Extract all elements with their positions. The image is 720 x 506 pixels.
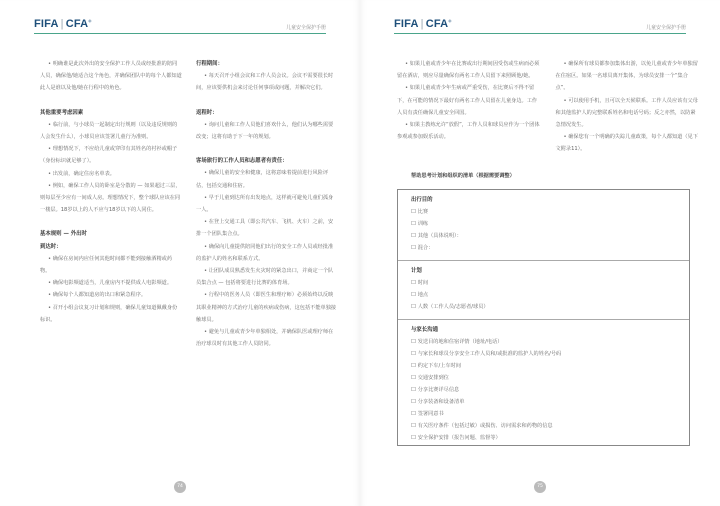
bullet: • 每天召开小组会议和工作人员会议。会议不需要很长时间，应该要供机会来讨论任何事…	[196, 70, 338, 94]
checkbox-item[interactable]: 地点	[411, 289, 675, 301]
section-heading: 基本规则 — 外出时	[40, 228, 182, 240]
bullet: • 早于儿童到达所有出发地点，这样就可避免儿童们孤身一人。	[196, 192, 338, 216]
bullet: • 召开小组会议复习计划和规则，确保儿童知道佩戴身份标识。	[40, 302, 182, 326]
bullet: • 临行前，与小球员一起制定出行规则（以及违反规则的人会发生什么），小球员应该签…	[40, 119, 182, 143]
checkbox-item[interactable]: 与家长和球员分享安全工作人员和/或批准的监护人的姓名/号码	[411, 348, 675, 360]
bullet: • 确保所有球员都参加集体出游，以免儿童或青少年单独留在住宿区。如果一名球员离开…	[556, 58, 701, 95]
sub-heading: 到达时：	[40, 241, 182, 253]
bullet: • 在登上交通工具（即公共汽车、飞机、火车）之前，安排一个团队集合点。	[196, 216, 338, 240]
right-col-1: • 如果儿童或青少年在比赛或出行期间因受伤或生病而必须留在酒店，则应尽量确保有两…	[397, 58, 542, 156]
section-heading: 客场旅行的工作人员和志愿者有责任：	[196, 155, 338, 167]
section-title: 计划	[411, 265, 675, 277]
bullet: • 询问儿童和工作人员他们喜欢什么，他们认为哪些需要改变；这将有助于下一年的规划…	[196, 119, 338, 143]
page-number: 74	[174, 481, 186, 493]
bullet: • 避免与儿童或青少年单独相处，并确保队医或理疗师在治疗球员时有其他工作人员陪同…	[196, 326, 338, 350]
header-doc-title: 儿童安全保护手册	[646, 24, 686, 31]
page-header: FIFA|CFA® 儿童安全保护手册	[34, 18, 326, 34]
left-columns: • 明确谁是此次外出的安全保护工作人员或经批准的陪同人员，确保他/她适合这个角色…	[40, 58, 338, 350]
checklist-section-parents: 与家长沟通 发送目的地和住宿详情（地址/电话） 与家长和球员分享安全工作人员和/…	[398, 320, 689, 450]
checklist-section-plan: 计划 时间 地点 人数（工作人员/志愿者/球员）	[398, 261, 689, 320]
right-col-2: • 确保所有球员都参加集体出游，以免儿童或青少年单独留在住宿区。如果一名球员离开…	[556, 58, 701, 156]
checkbox-item[interactable]: 分享装备和设备清单	[411, 396, 675, 408]
page-header: FIFA|CFA® 儿童安全保护手册	[394, 18, 686, 34]
checkbox-item[interactable]: 约定下车/上车时间	[411, 360, 675, 372]
bullet: • 例如，确保工作人员的卧室是分散的 — 如果超过三层，则每层至少应有一间成人房…	[40, 180, 182, 217]
checkbox-item[interactable]: 混合：	[411, 242, 675, 254]
right-columns: • 如果儿童或青少年在比赛或出行期间因受伤或生病而必须留在酒店，则应尽量确保有两…	[397, 58, 700, 156]
page-number: 75	[534, 481, 546, 493]
fifa-cfa-logo: FIFA|CFA®	[394, 18, 451, 30]
bullet: • 行程中的医务人员（即医生和理疗师）必须始终以反映其职业精神的方式治疗儿童的疾…	[196, 289, 338, 326]
bullet: • 如果主教练允许“放假”，工作人员和球员应作为一个团体参观或参加娱乐活动。	[397, 119, 542, 143]
checklist-section-purpose: 出行目的 比赛 训练 其他（具体说明）： 混合：	[398, 190, 689, 261]
bullet: • 确保每个人都知道房的出口和紧急程序。	[40, 289, 182, 301]
section-heading: 行程期间：	[196, 58, 338, 70]
header-doc-title: 儿童安全保护手册	[286, 24, 326, 31]
intro-bullet: • 明确谁是此次外出的安全保护工作人员或经批准的陪同人员，确保他/她适合这个角色…	[40, 58, 182, 95]
section-title: 出行目的	[411, 194, 675, 206]
bullet: • 如果儿童或青少年生病或严重受伤，在比赛后不得不留下，在可能的情况下最好有两名…	[397, 82, 542, 119]
bullet: • 确保电影频道适当，儿童房内不提供成人电影频道。	[40, 277, 182, 289]
bullet: • 确保儿童的安全和健康，这将意味着提前进行风险评估，包括交通和住宿。	[196, 167, 338, 191]
checkbox-item[interactable]: 发送目的地和住宿详情（地址/电话）	[411, 336, 675, 348]
bullet: • 确保向儿童提供陪同他们出行的安全工作人员或经批准的监护人的姓名和联系方式。	[196, 241, 338, 265]
header-divider	[394, 33, 686, 34]
bullet: • 理想情况下，不应给儿童或穿印有其姓名的衬衫或帽子（身份标识就足够了）。	[40, 143, 182, 167]
left-col-2: 行程期间： • 每天召开小组会议和工作人员会议。会议不需要很长时间，应该要供机会…	[196, 58, 338, 350]
checkbox-item[interactable]: 有关医疗条件（包括过敏）或损伤、访问需求和药物的信息	[411, 420, 675, 432]
checkbox-item[interactable]: 分享比赛详尽信息	[411, 384, 675, 396]
left-col-1: • 明确谁是此次外出的安全保护工作人员或经批准的陪同人员，确保他/她适合这个角色…	[40, 58, 182, 350]
section-title: 与家长沟通	[411, 324, 675, 336]
bullet: • 出发前，确定住房名单表。	[40, 168, 182, 180]
fifa-cfa-logo: FIFA|CFA®	[34, 18, 91, 30]
checklist-title: 帮助思考计划和组织的清单（根据需要调整）	[411, 172, 515, 179]
section-heading: 其他重要考虑因素	[40, 107, 182, 119]
checkbox-item[interactable]: 其他（具体说明）：	[411, 230, 675, 242]
bullet: • 可以使用手机，且可以全天候联系。工作人员应该有父母和其他监护人的完整联系姓名…	[556, 95, 701, 132]
header-divider	[34, 33, 326, 34]
checkbox-item[interactable]: 时间	[411, 277, 675, 289]
left-page: FIFA|CFA® 儿童安全保护手册 • 明确谁是此次外出的安全保护工作人员或经…	[0, 0, 360, 506]
checkbox-item[interactable]: 安全保护安排（报告问题、监督等）	[411, 432, 675, 444]
checklist-box: 出行目的 比赛 训练 其他（具体说明）： 混合： 计划 时间 地点 人数（工作人…	[397, 189, 690, 446]
section-heading: 返程时：	[196, 107, 338, 119]
bullet: • 让团队成员熟悉发生火灾时的紧急出口，并商定一个队员集合点 — 包括将要进行比…	[196, 265, 338, 289]
checkbox-item[interactable]: 人数（工作人员/志愿者/球员）	[411, 301, 675, 313]
bullet: • 确保您有一个明确的失踪儿童政策，每个人都知道（见下文附录11）。	[556, 131, 701, 155]
bullet: • 如果儿童或青少年在比赛或出行期间因受伤或生病而必须留在酒店，则应尽量确保有两…	[397, 58, 542, 82]
checkbox-item[interactable]: 签署同意书	[411, 408, 675, 420]
checkbox-item[interactable]: 交通安排到位	[411, 372, 675, 384]
checkbox-item[interactable]: 训练	[411, 218, 675, 230]
bullet: • 确保在房间内应任何其他时间都不能到接触酒精或药物。	[40, 253, 182, 277]
checkbox-item[interactable]: 比赛	[411, 206, 675, 218]
